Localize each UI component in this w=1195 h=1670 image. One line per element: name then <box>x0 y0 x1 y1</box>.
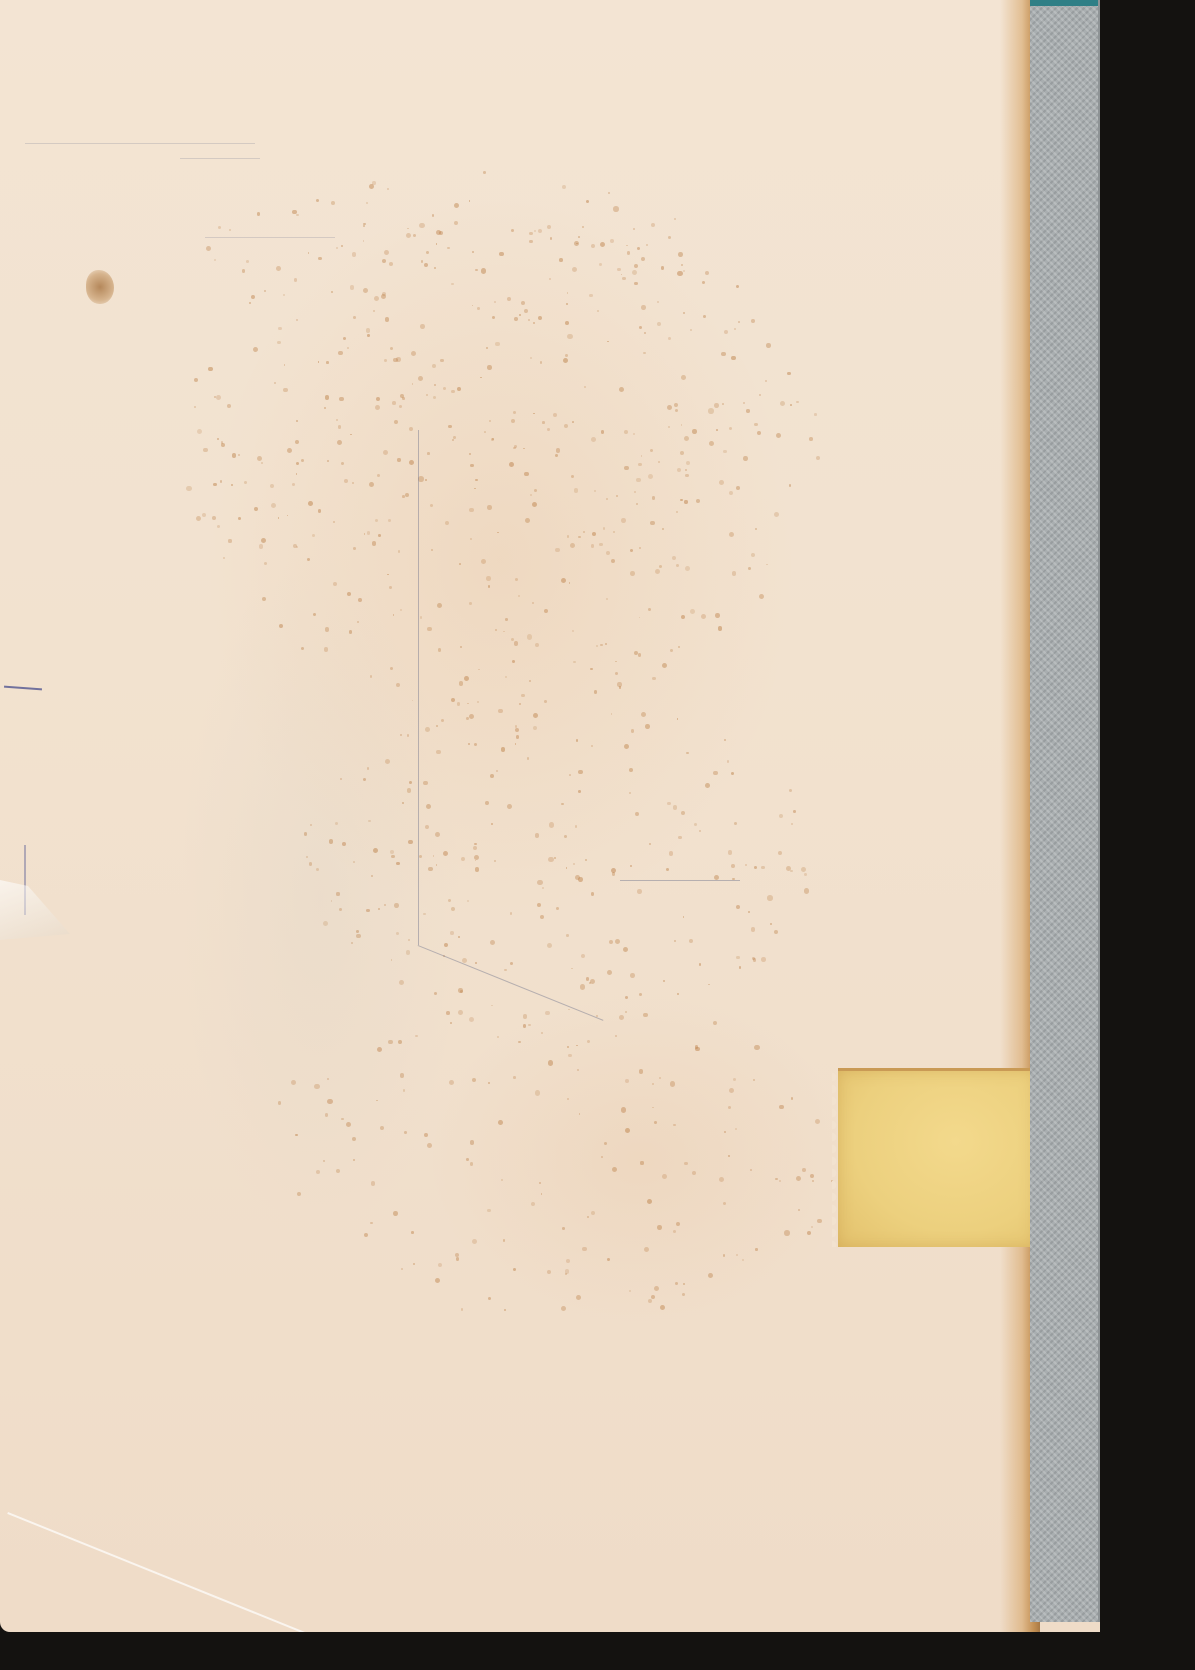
foxing-spot <box>751 319 755 323</box>
foxing-spot <box>678 836 681 839</box>
foxing-spot <box>757 431 761 435</box>
foxing-spot <box>674 940 676 942</box>
book-back-cover <box>0 0 1100 1632</box>
foxing-spot <box>343 337 346 340</box>
foxing-spot <box>591 892 594 895</box>
foxing-spot <box>394 903 399 908</box>
foxing-spot <box>356 934 360 938</box>
foxing-spot <box>796 1176 801 1181</box>
foxing-spot <box>375 405 380 410</box>
foxing-spot <box>470 1162 473 1165</box>
foxing-spot <box>718 626 722 630</box>
foxing-spot <box>458 936 460 938</box>
foxing-spot <box>459 563 461 565</box>
foxing-spot <box>569 774 571 776</box>
foxing-spot <box>444 943 448 947</box>
foxing-spot <box>373 848 378 853</box>
foxing-spot <box>542 421 545 424</box>
foxing-spot <box>639 1069 644 1074</box>
foxing-spot <box>766 343 771 348</box>
foxing-spot <box>573 661 575 663</box>
foxing-spot <box>685 566 690 571</box>
foxing-spot <box>388 1040 393 1045</box>
foxing-spot <box>505 618 508 621</box>
foxing-spot <box>396 683 400 687</box>
foxing-spot <box>644 1247 649 1252</box>
foxing-spot <box>578 536 581 539</box>
foxing-spot <box>659 1077 661 1079</box>
foxing-spot <box>498 1120 503 1125</box>
foxing-spot <box>630 973 635 978</box>
foxing-spot <box>446 1011 450 1015</box>
foxing-spot <box>436 750 441 755</box>
foxing-spot <box>652 677 655 680</box>
foxing-spot <box>657 322 661 326</box>
foxing-spot <box>385 317 390 322</box>
foxing-spot <box>451 698 455 702</box>
foxing-spot <box>753 1079 755 1081</box>
foxing-spot <box>439 231 443 235</box>
foxing-spot <box>336 892 339 895</box>
foxing-spot <box>278 327 282 331</box>
foxing-spot <box>450 931 454 935</box>
foxing-spot <box>450 1022 452 1024</box>
foxing-spot <box>549 822 554 827</box>
foxing-spot <box>681 375 686 380</box>
foxing-spot <box>333 521 335 523</box>
foxing-spot <box>609 940 613 944</box>
foxing-spot <box>625 1079 629 1083</box>
foxing-spot <box>571 475 574 478</box>
foxing-spot <box>485 801 489 805</box>
foxing-spot <box>246 260 249 263</box>
foxing-spot <box>367 334 370 337</box>
foxing-spot <box>203 448 208 453</box>
foxing-spot <box>779 1105 783 1109</box>
foxing-spot <box>587 1040 590 1043</box>
foxing-spot <box>576 1295 581 1300</box>
foxing-spot <box>512 660 515 663</box>
foxing-spot <box>660 1305 665 1310</box>
foxing-spot <box>567 535 570 538</box>
pencil-line <box>205 237 335 238</box>
foxing-spot <box>683 1283 685 1285</box>
foxing-spot <box>378 908 380 910</box>
foxing-spot <box>699 963 701 965</box>
foxing-spot <box>202 513 206 517</box>
foxing-spot <box>523 1014 528 1019</box>
foxing-spot <box>445 521 449 525</box>
foxing-spot <box>643 352 646 355</box>
foxing-spot <box>477 307 480 310</box>
foxing-spot <box>347 347 349 349</box>
foxing-spot <box>533 322 535 324</box>
foxing-spot <box>654 1121 657 1124</box>
foxing-spot <box>729 491 733 495</box>
foxing-spot <box>337 440 342 445</box>
foxing-spot <box>341 1118 343 1120</box>
foxing-spot <box>400 734 402 736</box>
foxing-spot <box>338 425 342 429</box>
foxing-spot <box>484 431 486 433</box>
foxing-spot <box>353 547 356 550</box>
foxing-spot <box>449 1080 454 1085</box>
foxing-spot <box>494 860 496 862</box>
foxing-spot <box>398 1040 402 1044</box>
foxing-spot <box>570 543 575 548</box>
foxing-spot <box>356 930 359 933</box>
foxing-spot <box>358 598 362 602</box>
foxing-spot <box>802 1168 806 1172</box>
foxing-spot <box>582 226 584 228</box>
foxing-spot <box>459 681 464 686</box>
foxing-spot <box>630 571 635 576</box>
foxing-spot <box>409 427 413 431</box>
foxing-spot <box>713 771 718 776</box>
foxing-spot <box>194 406 196 408</box>
foxing-spot <box>715 613 720 618</box>
foxing-spot <box>274 382 276 384</box>
foxing-spot <box>601 430 604 433</box>
foxing-spot <box>643 1013 648 1018</box>
foxing-spot <box>565 354 568 357</box>
foxing-spot <box>318 257 321 260</box>
foxing-spot <box>673 1230 676 1233</box>
foxing-spot <box>327 460 329 462</box>
foxing-spot <box>509 462 514 467</box>
foxing-spot <box>600 242 605 247</box>
foxing-spot <box>621 1107 626 1112</box>
foxing-spot <box>469 200 471 202</box>
foxing-spot <box>708 408 714 414</box>
foxing-spot <box>503 1239 505 1241</box>
foxing-spot <box>751 927 756 932</box>
foxing-spot <box>464 676 469 681</box>
foxing-spot <box>295 1134 298 1137</box>
foxing-spot <box>376 1100 378 1102</box>
foxing-spot <box>350 285 355 290</box>
foxing-spot <box>400 609 402 611</box>
foxing-spot <box>301 647 304 650</box>
foxing-spot <box>259 544 264 549</box>
foxing-spot <box>750 1169 752 1171</box>
foxing-spot <box>481 268 486 273</box>
foxing-spot <box>271 503 276 508</box>
foxing-spot <box>719 1177 724 1182</box>
foxing-spot <box>338 351 343 356</box>
foxing-spot <box>666 868 669 871</box>
foxing-spot <box>344 479 349 484</box>
foxing-spot <box>377 1047 382 1052</box>
yellow-stamp-label <box>838 1068 1034 1247</box>
foxing-spot <box>566 303 568 305</box>
foxing-spot <box>591 745 593 747</box>
foxing-spot <box>314 1084 319 1089</box>
foxing-spot <box>692 429 696 433</box>
foxing-spot <box>684 500 687 503</box>
foxing-spot <box>694 823 697 826</box>
foxing-spot <box>513 1076 516 1079</box>
foxing-spot <box>513 1268 516 1271</box>
foxing-spot <box>690 329 692 331</box>
foxing-spot <box>678 252 683 257</box>
foxing-spot <box>804 888 809 893</box>
foxing-spot <box>434 384 436 386</box>
foxing-spot <box>292 483 295 486</box>
foxing-spot <box>754 1045 760 1051</box>
foxing-spot <box>641 305 646 310</box>
pencil-line <box>180 158 260 159</box>
foxing-spot <box>644 332 646 334</box>
foxing-spot <box>637 889 642 894</box>
foxing-spot <box>424 263 428 267</box>
foxing-spot <box>481 559 486 564</box>
foxing-spot <box>353 316 356 319</box>
foxing-spot <box>325 627 330 632</box>
foxing-spot <box>553 413 557 417</box>
foxing-spot <box>486 347 488 349</box>
foxing-spot <box>677 468 681 472</box>
foxing-spot <box>407 788 411 792</box>
foxing-spot <box>603 527 606 530</box>
foxing-spot <box>722 403 724 405</box>
foxing-spot <box>615 939 620 944</box>
foxing-spot <box>580 984 586 990</box>
foxing-spot <box>793 810 796 813</box>
foxing-spot <box>436 243 438 245</box>
foxing-spot <box>586 977 590 981</box>
foxing-spot <box>331 900 333 902</box>
foxing-spot <box>550 237 552 239</box>
foxing-spot <box>393 1211 398 1216</box>
foxing-spot <box>640 1161 643 1164</box>
foxing-spot <box>448 899 451 902</box>
foxing-spot <box>673 805 678 810</box>
foxing-spot <box>754 423 757 426</box>
foxing-spot <box>521 694 524 697</box>
foxing-spot <box>575 875 580 880</box>
foxing-spot <box>617 682 621 686</box>
foxing-spot <box>755 1248 757 1250</box>
foxing-spot <box>490 774 494 778</box>
foxing-spot <box>495 629 497 631</box>
foxing-spot <box>809 437 813 441</box>
foxing-spot <box>743 456 748 461</box>
foxing-spot <box>487 505 492 510</box>
foxing-spot <box>663 980 665 982</box>
foxing-spot <box>624 744 629 749</box>
foxing-spot <box>228 539 231 542</box>
foxing-spot <box>641 712 646 717</box>
foxing-spot <box>251 295 255 299</box>
foxing-spot <box>555 548 560 553</box>
foxing-spot <box>466 1158 469 1161</box>
foxing-spot <box>294 278 297 281</box>
foxing-spot <box>497 1036 499 1038</box>
foxing-spot <box>411 1231 414 1234</box>
foxing-spot <box>514 641 518 645</box>
foxing-spot <box>736 956 740 960</box>
foxing-spot <box>779 1180 781 1182</box>
foxing-spot <box>629 768 633 772</box>
foxing-spot <box>683 270 685 272</box>
foxing-spot <box>630 865 632 867</box>
foxing-spot <box>373 310 375 312</box>
foxing-spot <box>396 932 399 935</box>
foxing-spot <box>514 317 518 321</box>
foxing-spot <box>342 842 346 846</box>
foxing-spot <box>566 934 569 937</box>
foxing-spot <box>561 803 563 805</box>
foxing-spot <box>748 567 751 570</box>
paper-discoloration <box>0 0 1100 1632</box>
foxing-spot <box>396 357 401 362</box>
foxing-spot <box>578 770 582 774</box>
foxing-spot <box>402 495 405 498</box>
foxing-spot <box>662 1174 667 1179</box>
foxing-spot <box>817 1219 822 1224</box>
brown-stain <box>86 270 114 304</box>
foxing-spot <box>787 372 791 376</box>
foxing-spot <box>456 1257 460 1261</box>
foxing-spot <box>472 1239 477 1244</box>
foxing-spot <box>587 1216 589 1218</box>
foxing-spot <box>510 912 512 914</box>
foxing-spot <box>649 843 651 845</box>
foxing-spot <box>472 1078 476 1082</box>
foxing-spot <box>487 1209 491 1213</box>
foxing-spot <box>324 647 329 652</box>
foxing-spot <box>427 1143 432 1148</box>
foxing-spot <box>399 405 402 408</box>
foxing-spot <box>716 429 718 431</box>
cloth-spine <box>1030 0 1100 1622</box>
foxing-spot <box>623 947 628 952</box>
foxing-spot <box>270 484 274 488</box>
foxing-spot <box>576 739 578 741</box>
foxing-spot <box>530 494 532 496</box>
foxing-spot <box>590 979 595 984</box>
foxing-spot <box>703 315 706 318</box>
foxing-spot <box>668 337 671 340</box>
foxing-spot <box>277 341 281 345</box>
foxing-spot <box>729 427 732 430</box>
foxing-spot <box>424 1133 428 1137</box>
foxing-spot <box>613 206 619 212</box>
foxing-spot <box>420 324 425 329</box>
foxing-spot <box>681 811 685 815</box>
foxing-spot <box>566 1259 570 1263</box>
foxing-spot <box>537 880 542 885</box>
foxing-spot <box>564 835 567 838</box>
foxing-spot <box>524 472 529 477</box>
foxing-spot <box>339 397 344 402</box>
foxing-spot <box>369 482 374 487</box>
foxing-spot <box>333 582 337 586</box>
foxing-spot <box>261 462 263 464</box>
foxing-spot <box>639 547 641 549</box>
foxing-spot <box>504 969 507 972</box>
foxing-spot <box>327 1099 332 1104</box>
foxing-spot <box>276 266 281 271</box>
foxing-spot <box>761 957 766 962</box>
foxing-spot <box>677 271 683 277</box>
foxing-spot <box>400 1073 405 1078</box>
foxing-spot <box>604 1142 607 1145</box>
foxing-spot <box>287 448 292 453</box>
foxing-spot <box>601 1156 603 1158</box>
perforated-edge <box>832 1071 842 1247</box>
foxing-spot <box>573 863 575 865</box>
foxing-spot <box>435 832 440 837</box>
foxing-spot <box>336 1169 340 1173</box>
foxing-spot <box>599 543 602 546</box>
foxing-spot <box>658 461 660 463</box>
foxing-spot <box>457 702 460 705</box>
foxing-spot <box>351 942 353 944</box>
foxing-spot <box>807 1231 811 1235</box>
foxing-spot <box>625 1128 630 1133</box>
foxing-spot <box>652 496 656 500</box>
foxing-spot <box>814 413 817 416</box>
foxing-spot <box>257 212 261 216</box>
pencil-line <box>25 143 255 144</box>
foxing-spot <box>396 862 400 866</box>
foxing-spot <box>524 309 528 313</box>
foxing-spot <box>791 1097 793 1099</box>
foxing-spot <box>738 321 740 323</box>
foxing-spot <box>324 407 326 409</box>
foxing-spot <box>770 923 772 925</box>
foxing-spot <box>264 562 267 565</box>
foxing-spot <box>652 1083 654 1085</box>
foxing-spot <box>780 401 785 406</box>
foxing-spot <box>733 1078 736 1081</box>
foxing-spot <box>486 576 491 581</box>
foxing-spot <box>470 1140 474 1144</box>
pencil-line <box>418 430 419 945</box>
foxing-spot <box>385 759 390 764</box>
foxing-spot <box>677 993 679 995</box>
foxing-spot <box>686 752 688 754</box>
foxing-spot <box>435 1278 440 1283</box>
foxing-spot <box>366 909 370 913</box>
foxing-spot <box>492 316 495 319</box>
foxing-spot <box>779 814 783 818</box>
foxing-spot <box>398 550 401 553</box>
foxing-spot <box>406 950 411 955</box>
foxing-spot <box>238 517 241 520</box>
foxing-spot <box>634 282 638 286</box>
foxing-spot <box>613 531 615 533</box>
foxing-spot <box>723 1254 726 1257</box>
foxing-spot <box>304 832 307 835</box>
foxing-spot <box>731 356 736 361</box>
foxing-spot <box>638 463 642 467</box>
foxing-spot <box>578 236 580 238</box>
foxing-spot <box>559 258 563 262</box>
foxing-spot <box>489 420 491 422</box>
foxing-spot <box>729 1088 734 1093</box>
foxing-spot <box>752 957 755 960</box>
foxing-spot <box>413 1263 415 1265</box>
foxing-spot <box>296 319 298 321</box>
foxing-spot <box>583 531 585 533</box>
foxing-spot <box>419 223 424 228</box>
foxing-spot <box>714 403 719 408</box>
foxing-spot <box>425 479 427 481</box>
foxing-spot <box>499 252 504 257</box>
